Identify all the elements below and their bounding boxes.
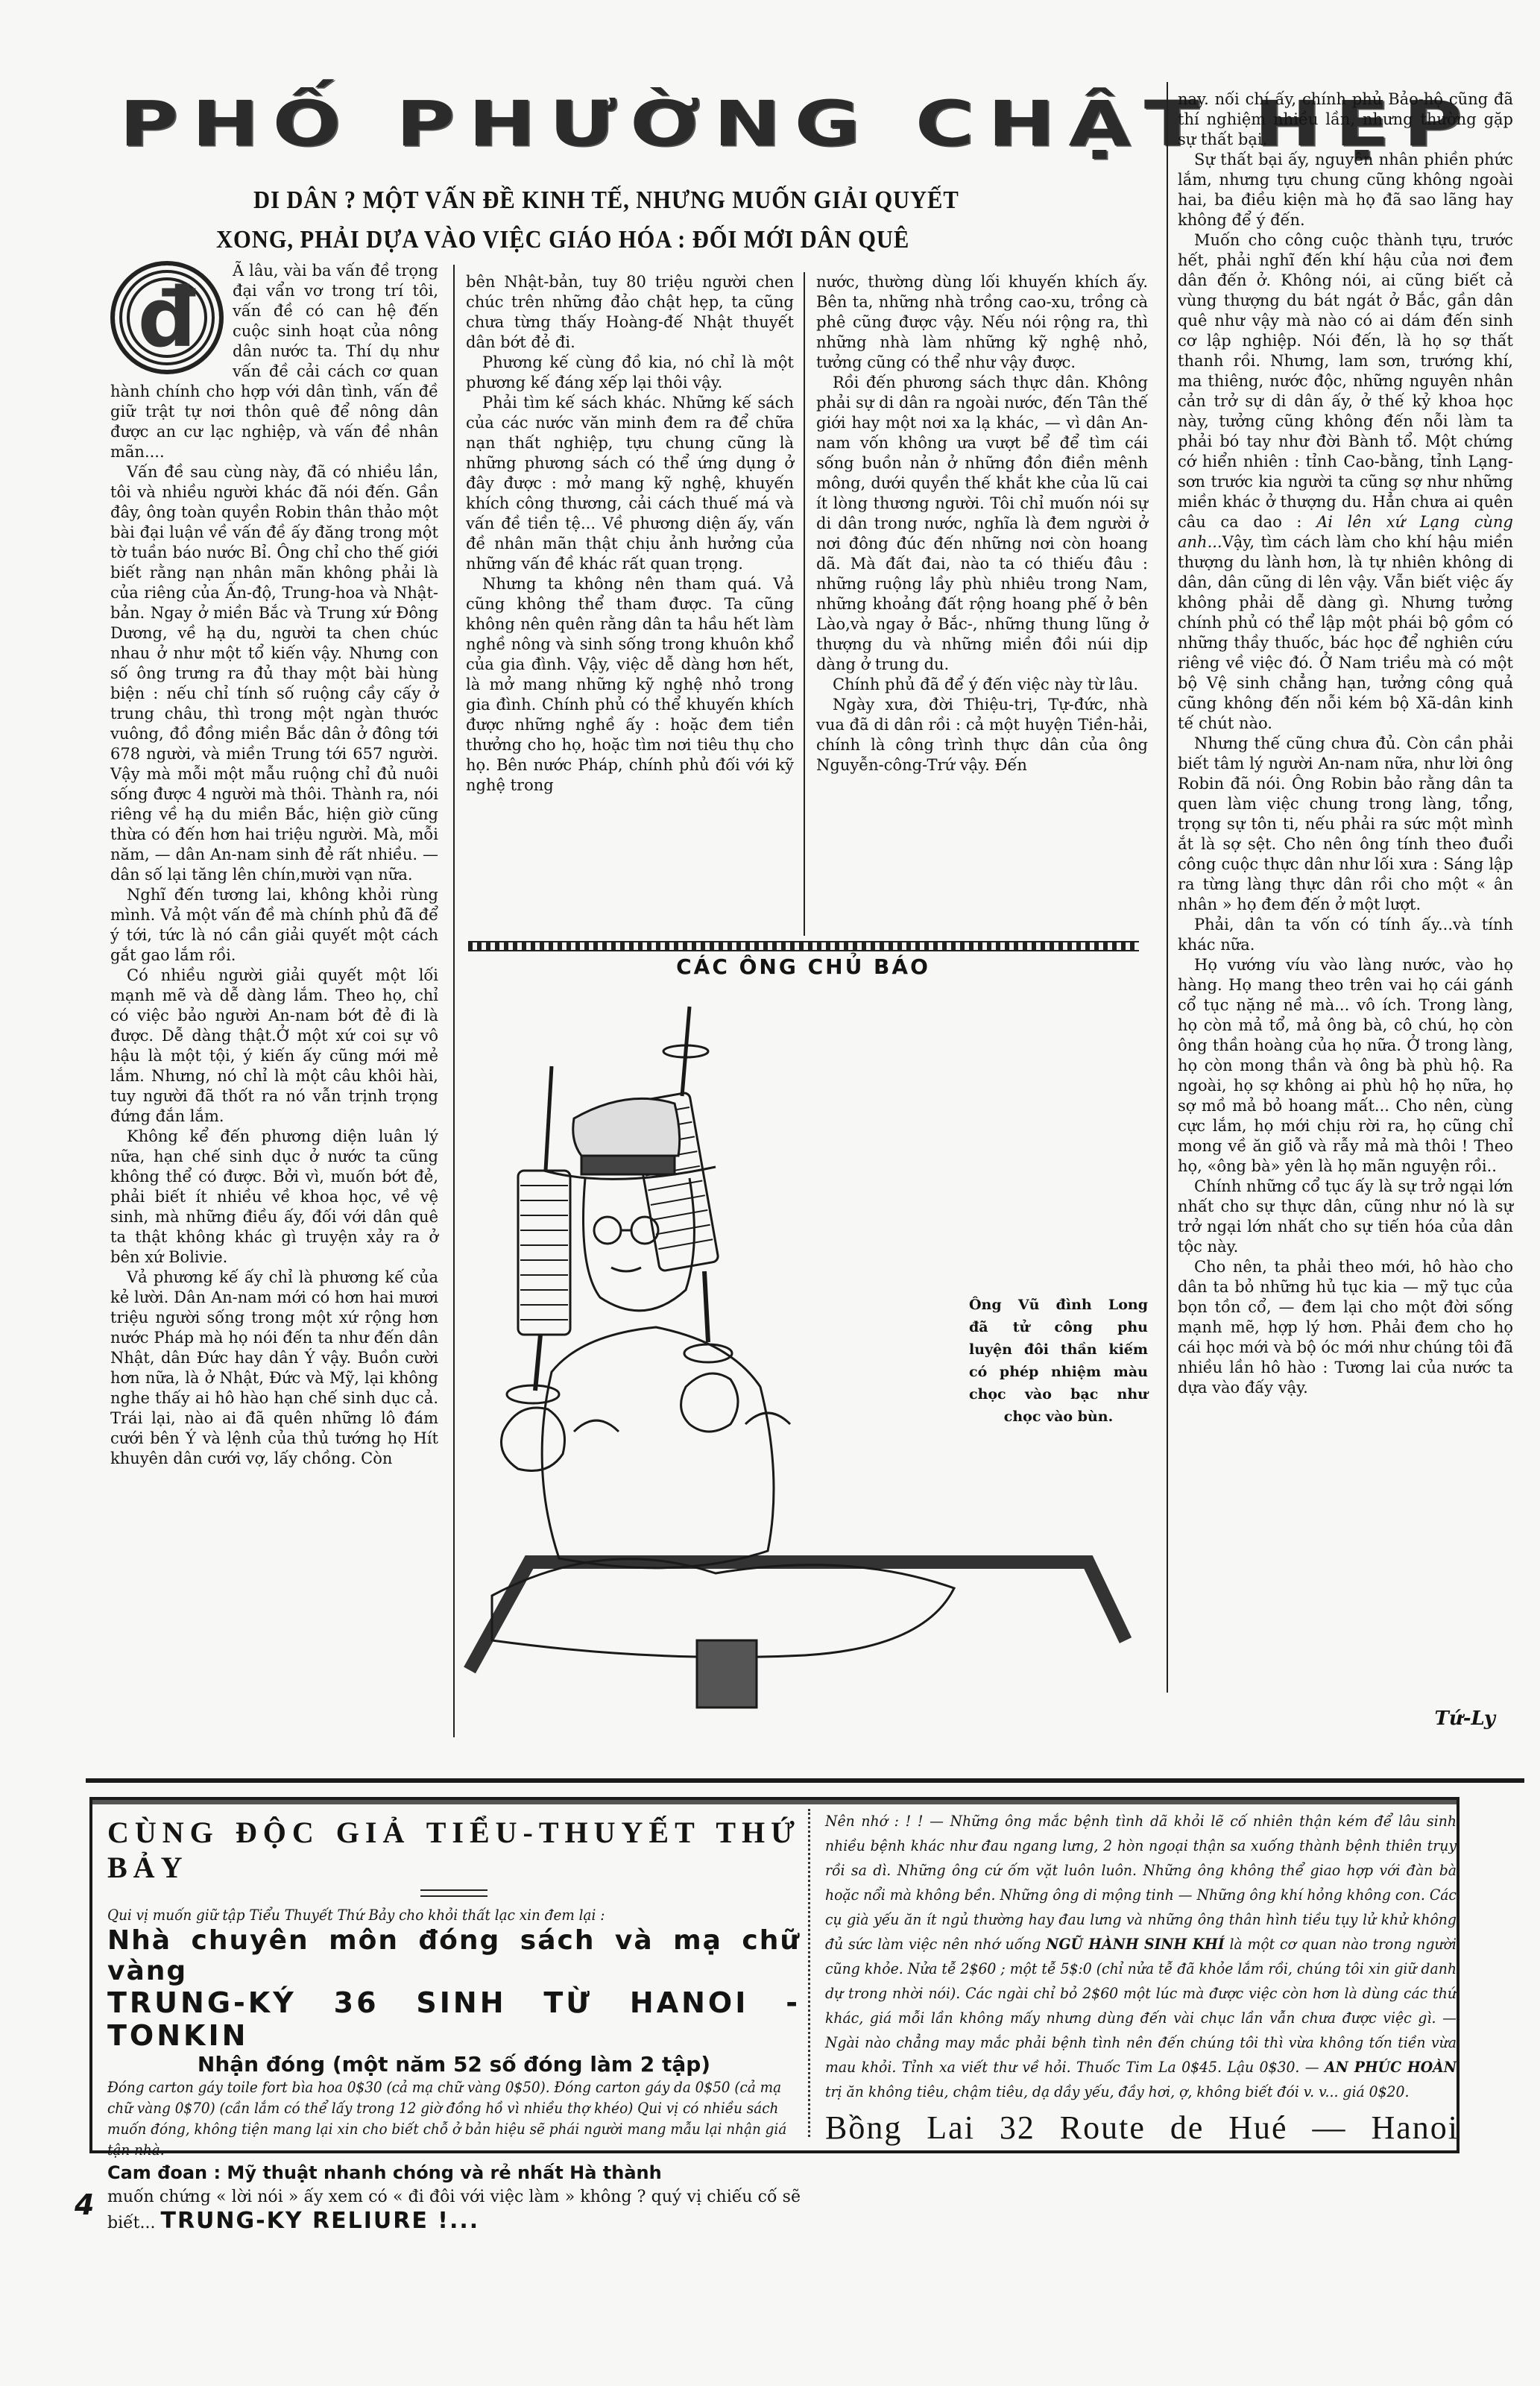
caption-line: chọc vào bùn. [969, 1406, 1148, 1428]
newspaper-page: PHỐ PHƯỜNG CHẬT HẸP DI DÂN ? MỘT VẤN ĐỀ … [0, 0, 1540, 2386]
column-divider [1167, 82, 1168, 1693]
product-name: AN PHÚC HOÀN [1325, 2058, 1457, 2076]
article-paragraph: Phải, dân ta vốn có tính ấy...và tính kh… [1178, 915, 1513, 955]
caption-line: đã tử công phu [969, 1316, 1148, 1338]
ad-medicine-text: Nên nhớ : ! ! — Những ông mắc bệnh tình … [825, 1809, 1457, 2104]
column-divider [804, 272, 805, 936]
article-paragraph: Cho nên, ta phải theo mới, hô hào cho dâ… [1178, 1257, 1513, 1398]
article-subheadline-line2: XONG, PHẢI DỰA VÀO VIỆC GIÁO HÓA : ĐỐI M… [216, 222, 1061, 258]
article-column-4: nay. nối chí ấy, chính phủ Bảo-hộ cũng đ… [1178, 89, 1513, 1685]
caption-line: Ông Vũ đình Long [969, 1294, 1148, 1316]
ad-price-details: Đóng carton gáy toile fort bìa hoa 0$30 … [107, 2077, 796, 2160]
article-paragraph: Phải tìm kế sách khác. Những kế sách của… [466, 393, 794, 574]
ad-shop-address: Bồng Lai 32 Route de Hué — Hanoi [825, 2109, 1459, 2147]
article-paragraph: Sự thất bại ấy, nguyên nhân phiền phức l… [1178, 150, 1513, 230]
ad-guarantee: Cam đoan : Mỹ thuật nhanh chóng và rẻ nh… [107, 2160, 801, 2185]
caption-line: có phép nhiệm màu [969, 1361, 1148, 1383]
article-subheadline-line1: DI DÂN ? MỘT VẤN ĐỀ KINH TẾ, NHƯNG MUỐN … [253, 183, 1099, 218]
article-paragraph: nay. nối chí ấy, chính phủ Bảo-hộ cũng đ… [1178, 89, 1513, 150]
cartoon-title: CÁC ÔNG CHỦ BÁO [466, 954, 1140, 979]
article-paragraph: Muốn cho công cuộc thành tựu, trước hết,… [1178, 230, 1513, 734]
section-divider [86, 1778, 1524, 1783]
article-paragraph: Nhưng thế cũng chưa đủ. Còn cần phải biế… [1178, 734, 1513, 915]
article-paragraph: Vả phương kế ấy chỉ là phương kế của kẻ … [110, 1268, 438, 1469]
advertisement-box: CÙNG ĐỘC GIẢ TIỂU-THUYẾT THỨ BẢY Qui vị … [89, 1797, 1459, 2153]
article-paragraph: bên Nhật-bản, tuy 80 triệu người chen ch… [466, 272, 794, 353]
article-headline: PHỐ PHƯỜNG CHẬT HẸP [119, 89, 1178, 160]
cartoon-caption: Ông Vũ đình Long đã tử công phu luyện đô… [969, 1294, 1148, 1428]
article-paragraph: Rồi đến phương sách thực dân. Không phải… [816, 373, 1148, 675]
ad-title: CÙNG ĐỘC GIẢ TIỂU-THUYẾT THỨ BẢY [107, 1815, 801, 1885]
page-number: 4 [75, 2188, 94, 2221]
medicine-advertisement: Nên nhớ : ! ! — Những ông mắc bệnh tình … [808, 1809, 1459, 2137]
ornamental-border [468, 941, 1139, 951]
drop-cap-ornament: đ [110, 261, 224, 374]
ad-intro: Qui vị muốn giữ tập Tiểu Thuyết Thứ Bảy … [107, 1904, 796, 1925]
article-paragraph: Ngày xưa, đời Thiệu-trị, Tự-đức, nhà vua… [816, 695, 1148, 775]
author-signature: Tứ-Ly [1434, 1707, 1495, 1730]
caption-line: luyện đôi thần kiếm [969, 1338, 1148, 1361]
ad-closing: muốn chứng « lời nói » ấy xem có « đi đô… [107, 2185, 801, 2235]
article-paragraph: nước, thường dùng lối khuyến khích ấy. B… [816, 272, 1148, 373]
bookbinding-advertisement: CÙNG ĐỘC GIẢ TIỂU-THUYẾT THỨ BẢY Qui vị … [107, 1815, 801, 2235]
ad-business-address: TRUNG-KÝ 36 SINH TỪ HANOI - TONKIN [107, 1986, 801, 2052]
article-paragraph: Chính phủ đã để ý đến việc này từ lâu. [816, 675, 1148, 695]
caption-line: chọc vào bạc như [969, 1383, 1148, 1406]
decorative-rule [420, 1889, 487, 1897]
article-paragraph: Nghĩ đến tương lai, không khỏi rùng mình… [110, 885, 438, 966]
article-paragraph: Nhưng ta không nên tham quá. Vả cũng khô… [466, 574, 794, 796]
ad-headline: Nhà chuyên môn đóng sách và mạ chữ vàng [107, 1925, 801, 1986]
article-column-3: nước, thường dùng lối khuyến khích ấy. B… [816, 272, 1148, 932]
article-paragraph: Vấn đề sau cùng này, đã có nhiều lần, tô… [110, 462, 438, 885]
article-paragraph: Họ vướng víu vào làng nước, vào họ hàng.… [1178, 955, 1513, 1177]
article-paragraph: Có nhiều người giải quyết một lối mạnh m… [110, 966, 438, 1127]
article-paragraph: Chính những cổ tục ấy là sự trở ngại lớn… [1178, 1177, 1513, 1257]
article-column-1: đ Ã lâu, vài ba vấn đề trọng đại vẩn vơ … [110, 261, 438, 1737]
article-column-2: bên Nhật-bản, tuy 80 triệu người chen ch… [466, 272, 794, 932]
ad-brand-name: TRUNG-KY RELIURE !... [160, 2208, 479, 2234]
article-paragraph: Phương kế cùng đồ kia, nó chỉ là một phư… [466, 353, 794, 393]
article-paragraph: Không kể đến phương diện luân lý nữa, hạ… [110, 1127, 438, 1268]
column-divider [453, 265, 455, 1737]
ad-offer: Nhận đóng (một năm 52 số đóng làm 2 tập) [107, 2052, 801, 2077]
product-name: NGŨ HÀNH SINH KHÍ [1046, 1935, 1224, 1953]
